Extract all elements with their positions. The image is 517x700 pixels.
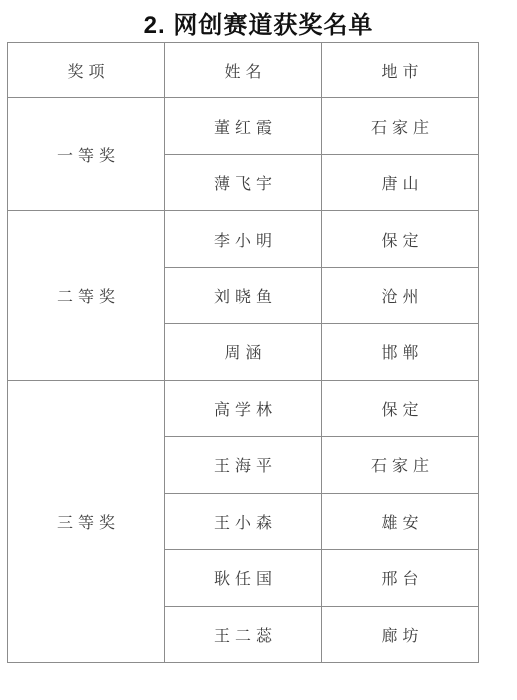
city-cell: 保定 xyxy=(322,380,479,436)
award-cell-third-prize: 三等奖 xyxy=(8,380,165,662)
name-cell: 王海平 xyxy=(165,437,322,493)
award-cell-first-prize: 一等奖 xyxy=(8,98,165,211)
page-title: 2. 网创赛道获奖名单 xyxy=(0,5,517,40)
city-cell: 石家庄 xyxy=(322,437,479,493)
city-cell: 邯郸 xyxy=(322,324,479,380)
column-header-name: 姓名 xyxy=(165,43,322,98)
name-cell: 高学林 xyxy=(165,380,322,436)
table-row: 二等奖 李小明 保定 xyxy=(8,211,479,267)
city-cell: 雄安 xyxy=(322,493,479,549)
name-cell: 薄飞宇 xyxy=(165,154,322,210)
name-cell: 董红霞 xyxy=(165,98,322,154)
city-cell: 廊坊 xyxy=(322,606,479,662)
name-cell: 王二蕊 xyxy=(165,606,322,662)
award-table: 奖项 姓名 地市 一等奖 董红霞 石家庄 薄飞宇 唐山 二等奖 李小明 保定 刘… xyxy=(7,42,479,663)
award-cell-second-prize: 二等奖 xyxy=(8,211,165,380)
column-header-award: 奖项 xyxy=(8,43,165,98)
city-cell: 保定 xyxy=(322,211,479,267)
name-cell: 刘晓鱼 xyxy=(165,267,322,323)
name-cell: 王小森 xyxy=(165,493,322,549)
table-row: 一等奖 董红霞 石家庄 xyxy=(8,98,479,154)
name-cell: 李小明 xyxy=(165,211,322,267)
city-cell: 邢台 xyxy=(322,550,479,606)
name-cell: 周涵 xyxy=(165,324,322,380)
name-cell: 耿任国 xyxy=(165,550,322,606)
city-cell: 石家庄 xyxy=(322,98,479,154)
table-header-row: 奖项 姓名 地市 xyxy=(8,43,479,98)
column-header-city: 地市 xyxy=(322,43,479,98)
city-cell: 唐山 xyxy=(322,154,479,210)
city-cell: 沧州 xyxy=(322,267,479,323)
table-row: 三等奖 高学林 保定 xyxy=(8,380,479,436)
